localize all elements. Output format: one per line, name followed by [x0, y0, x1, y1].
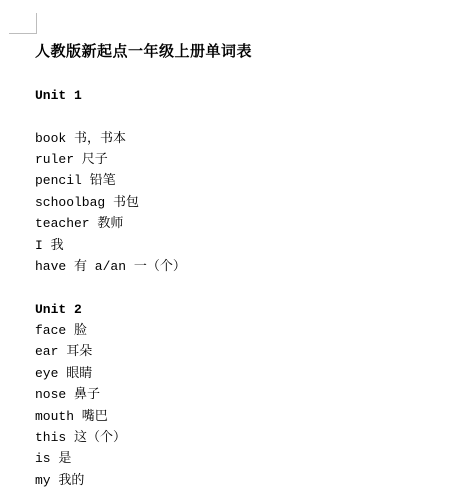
unit2-heading: Unit 2	[35, 299, 452, 320]
word-entry-my: my 我的	[35, 470, 452, 491]
word-entry-mouth: mouth 嘴巴	[35, 406, 452, 427]
text-boundary-corner-mark	[9, 13, 37, 34]
word-entry-pencil: pencil 铅笔	[35, 170, 452, 191]
word-entry-ear: ear 耳朵	[35, 341, 452, 362]
word-entry-schoolbag: schoolbag 书包	[35, 192, 452, 213]
unit1-heading: Unit 1	[35, 85, 452, 106]
document-page: 人教版新起点一年级上册单词表 Unit 1 book 书，书本 ruler 尺子…	[0, 0, 462, 504]
blank-line	[35, 277, 452, 298]
word-entry-have: have 有 a/an 一（个）	[35, 256, 452, 277]
word-entry-nose: nose 鼻子	[35, 384, 452, 405]
word-entry-eye: eye 眼睛	[35, 363, 452, 384]
word-entry-ruler: ruler 尺子	[35, 149, 452, 170]
word-entry-teacher: teacher 教师	[35, 213, 452, 234]
document-content: 人教版新起点一年级上册单词表 Unit 1 book 书，书本 ruler 尺子…	[35, 42, 452, 491]
word-entry-i: I 我	[35, 235, 452, 256]
word-entry-face: face 脸	[35, 320, 452, 341]
word-entry-book: book 书，书本	[35, 128, 452, 149]
word-entry-this: this 这（个）	[35, 427, 452, 448]
document-title: 人教版新起点一年级上册单词表	[35, 42, 452, 63]
blank-line	[35, 63, 452, 84]
word-entry-is: is 是	[35, 448, 452, 469]
blank-line	[35, 106, 452, 127]
